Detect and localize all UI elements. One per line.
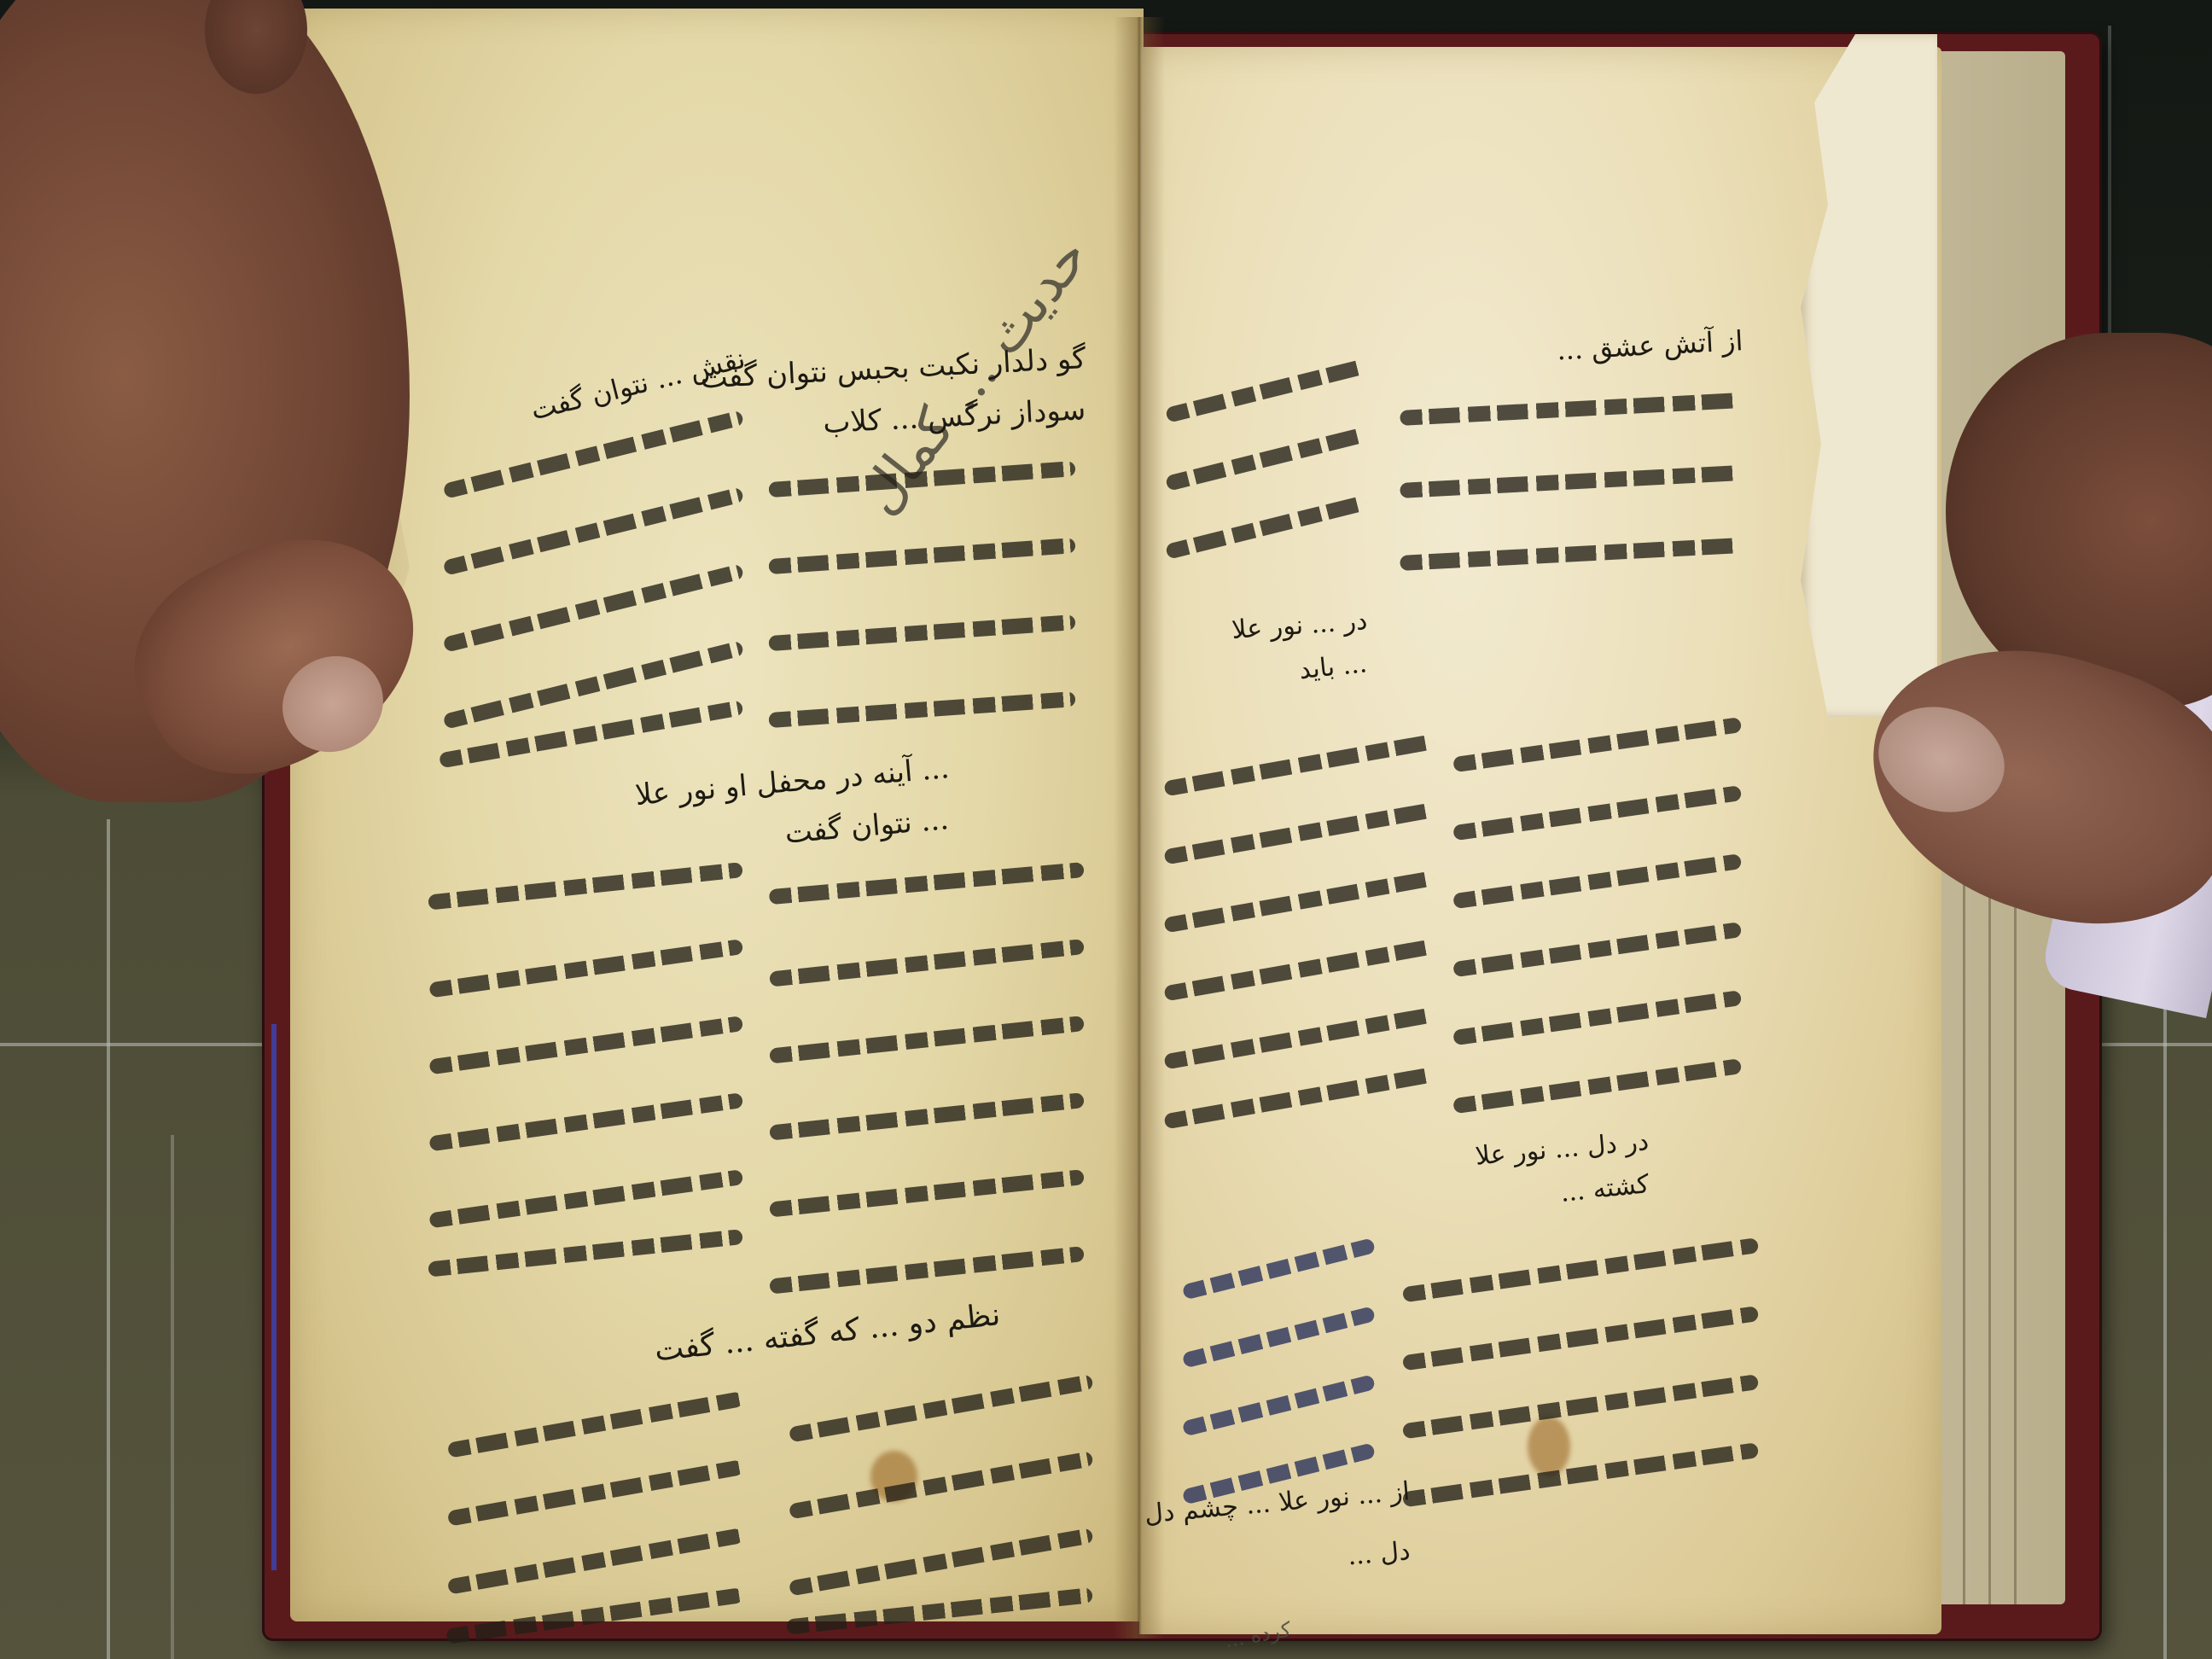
photo-scene: حدیث ... کمال گو دلدار نکبت بحبس نتوان گ…	[0, 0, 2212, 1659]
left-page	[290, 9, 1144, 1621]
stain	[1528, 1417, 1570, 1476]
page-edge-line	[1988, 853, 1991, 1604]
page-edge-line	[2014, 853, 2017, 1604]
book-gutter	[1114, 17, 1165, 1639]
mat-grid-line	[171, 1135, 174, 1659]
mat-grid-line	[2163, 896, 2167, 1659]
manuscript-line: دل ...	[1346, 1536, 1411, 1571]
cover-edge	[271, 1024, 276, 1570]
right-page-torn-edge	[1801, 34, 1937, 717]
page-edge-line	[1963, 853, 1965, 1604]
mat-grid-line	[2099, 1043, 2212, 1046]
mat-grid-line	[0, 1043, 290, 1046]
mat-grid-line	[107, 819, 110, 1659]
